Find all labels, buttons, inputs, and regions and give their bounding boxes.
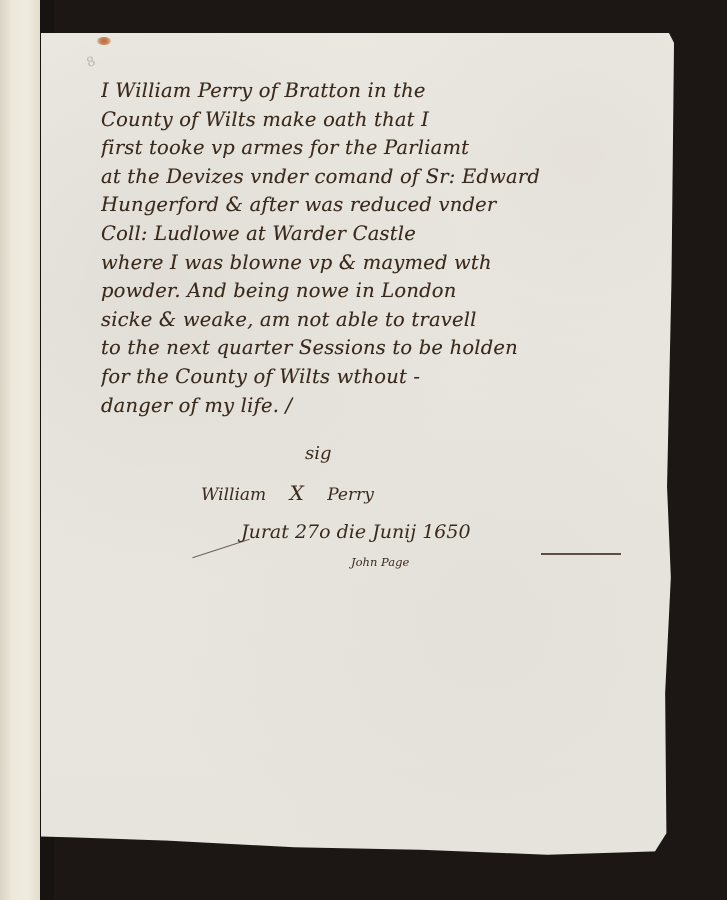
oath-line: danger of my life. / [101, 392, 661, 421]
witness-signature: John Page [351, 555, 409, 569]
signer-last-name: Perry [327, 485, 374, 505]
sig-label: sig [305, 443, 332, 464]
oath-line: to the next quarter Sessions to be holde… [101, 334, 661, 363]
signer-name: William X Perry [201, 481, 374, 505]
jurat-underline [541, 553, 621, 555]
wax-stain [97, 37, 111, 45]
signer-first-name: William [201, 485, 266, 505]
oath-line: where I was blowne vp & maymed wth [101, 249, 661, 278]
oath-body: I William Perry of Bratton in the County… [101, 77, 661, 420]
signer-mark: X [290, 481, 304, 505]
oath-line: sicke & weake, am not able to travell [101, 306, 661, 335]
oath-line: for the County of Wilts wthout - [101, 363, 661, 392]
oath-line: Hungerford & after was reduced vnder [101, 191, 661, 220]
manuscript-page: 8 I William Perry of Bratton in the Coun… [41, 33, 674, 858]
mount-board-strip [0, 0, 40, 900]
oath-line: I William Perry of Bratton in the [101, 77, 661, 106]
oath-line: Coll: Ludlowe at Warder Castle [101, 220, 661, 249]
oath-line: County of Wilts make oath that I [101, 106, 661, 135]
oath-line: powder. And being nowe in London [101, 277, 661, 306]
oath-line: first tooke vp armes for the Parliamt [101, 134, 661, 163]
oath-line: at the Devizes vnder comand of Sr: Edwar… [101, 163, 661, 192]
jurat-line: Jurat 27o die Junij 1650 [241, 521, 471, 543]
manuscript-scene: 8 I William Perry of Bratton in the Coun… [0, 0, 727, 900]
